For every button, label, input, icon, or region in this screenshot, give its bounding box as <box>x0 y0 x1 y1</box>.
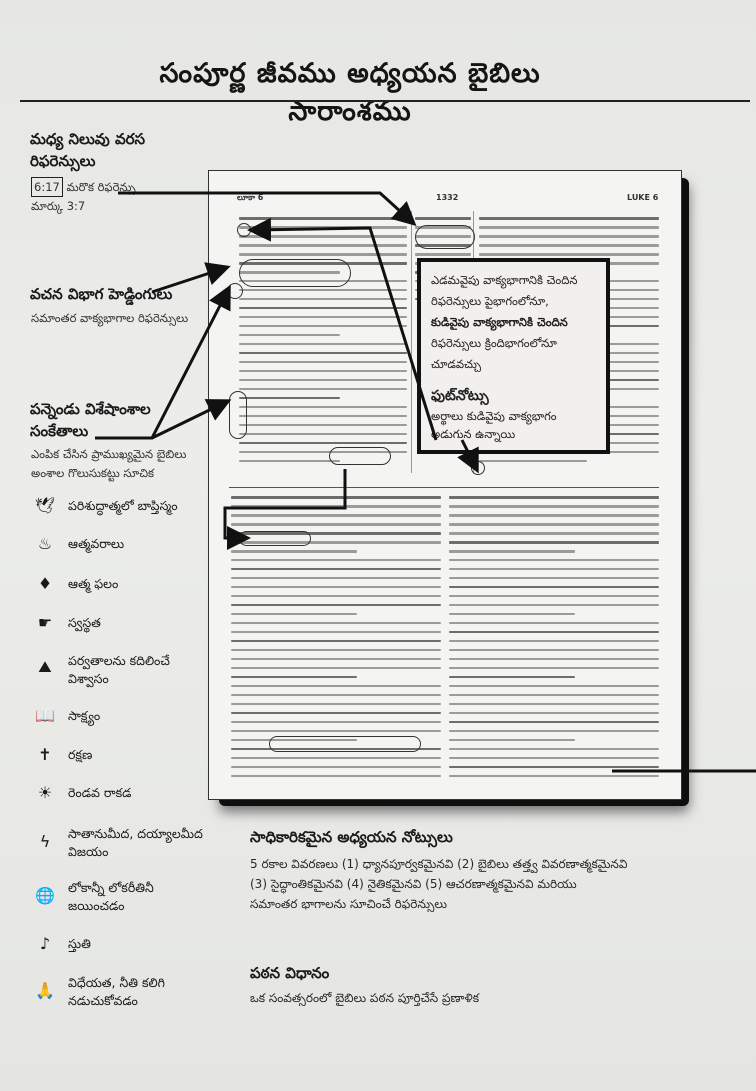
footnotes-title: ఫుట్‌నోట్సు <box>431 385 596 407</box>
reference-callout: ఎడమవైపు వాక్యభాగానికి చెందిన రిఫరెన్సులు… <box>417 258 610 454</box>
page-book-header: లూకా 6 <box>237 193 263 204</box>
another-ref-label: మరొక రిఫరెన్సు <box>66 180 135 194</box>
footnote-circle <box>471 461 485 475</box>
study-notes-title: సాధికారికమైన అధ్యయన నోట్సులు <box>250 828 453 850</box>
reading-plan-title: పఠన విధానం <box>250 964 329 986</box>
title-divider <box>20 100 750 102</box>
ref-box: 6:17 <box>31 177 63 197</box>
music-note-icon: ♪ <box>34 935 56 955</box>
study-notes-line-2: (3) సైద్ధాంతికమైనవి (4) నైతికమైనవి (5) ఆ… <box>250 874 577 894</box>
study-notes-right <box>449 496 659 784</box>
flame-icon: ♨ <box>34 535 56 555</box>
reading-plan-desc: ఒక సంవత్సరంలో బైబిలు పఠన పూర్తిచేసే ప్రణ… <box>250 988 479 1008</box>
page-number: 1332 <box>436 193 458 202</box>
fruit-icon: ♦ <box>34 575 56 595</box>
dove-icon: 🕊 <box>34 497 56 517</box>
center-refs-title-1: మధ్య నిలువు వరస <box>30 128 145 150</box>
footnote-word-highlight <box>329 447 391 465</box>
mountain-icon: ⛰ <box>34 658 56 678</box>
page-book-header-right: LUKE 6 <box>627 193 658 202</box>
text-column-left <box>239 217 407 469</box>
note-highlight <box>239 531 311 546</box>
center-refs-desc: 6:17 మరొక రిఫరెన్సు <box>31 177 136 197</box>
section-headings-desc: సమాంతర వాక్యభాగాల రిఫరెన్సులు <box>31 309 188 327</box>
globe-icon: 🌐 <box>34 887 56 907</box>
section-heading-highlight <box>239 259 351 287</box>
chain-ref-highlight <box>269 736 421 752</box>
symbols-desc-1: ఎంపిక చేసిన ప్రాముఖ్యమైన బైబిలు <box>31 445 186 463</box>
cross-icon: ✝ <box>34 746 56 766</box>
symbol-circle <box>227 283 243 299</box>
open-book-icon: 📖 <box>34 707 56 727</box>
ref-marker-circle <box>237 223 251 237</box>
center-ref-highlight <box>415 225 475 249</box>
symbols-title-2: సంకేతాలు <box>30 420 88 442</box>
symbol-stack-highlight <box>229 391 247 439</box>
center-refs-title-2: రిఫరెన్సులు <box>30 150 95 172</box>
rising-sun-icon: ☀ <box>34 784 56 804</box>
lightning-icon: ϟ <box>34 833 56 853</box>
section-headings-title: వచన విభాగ హెడ్డింగులు <box>30 283 172 305</box>
symbols-desc-2: అంశాల గొలుసుకట్టు సూచిక <box>31 464 154 482</box>
symbols-title-1: పన్నెండు విశేషాంశాల <box>30 398 151 420</box>
study-notes-line-3: సమాంతర భాగాలను సూచించే రిఫరెన్సులు <box>250 894 447 914</box>
ref-example: మార్కు 3:7 <box>31 197 85 215</box>
healing-hand-icon: ☛ <box>34 614 56 634</box>
study-notes-line-1: 5 రకాల వివరణలు (1) ధ్యానపూర్వకమైనవి (2) … <box>250 854 627 874</box>
page-title: సంపూర్ణ జీవము అధ్యయన బైబిలు సారాంశము <box>100 58 600 134</box>
footnotes-desc: అర్థాలు కుడివైపు వాక్యభాగం అడుగున ఉన్నాయ… <box>431 407 596 443</box>
praying-hands-icon: 🙏 <box>34 982 56 1002</box>
